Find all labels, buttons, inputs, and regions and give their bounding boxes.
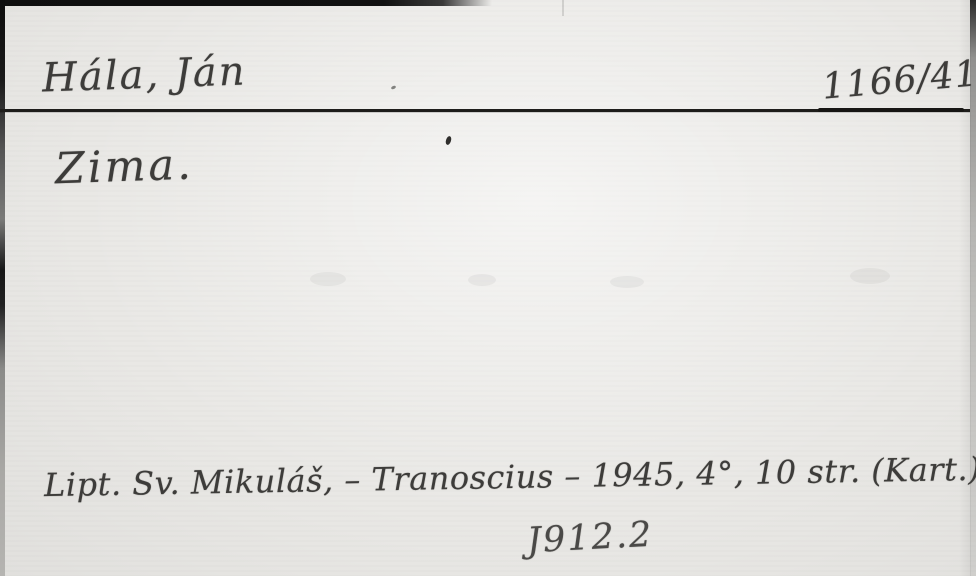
catalog-card-scan: Hála, Ján 1166/41 Zima. Lipt. Sv. Mikulá… [0,0,976,576]
paper-smudge [468,274,496,286]
imprint-line: Lipt. Sv. Mikuláš, – Tranoscius – 1945, … [44,450,976,504]
author-heading: Hála, Ján [41,48,247,101]
card-left-edge [0,0,5,576]
paper-smudge [310,272,346,286]
accession-number: 1166/41 [821,53,976,107]
call-number: J912.2 [526,515,654,562]
paper-smudge [850,268,890,284]
title-text: Zima. [54,140,194,195]
paper-crease [562,0,564,16]
paper-smudge [610,276,644,288]
ink-fleck [391,85,397,90]
card-top-edge [0,0,492,6]
ruled-line-heavy-segment [818,108,964,112]
ink-dot [445,135,453,145]
